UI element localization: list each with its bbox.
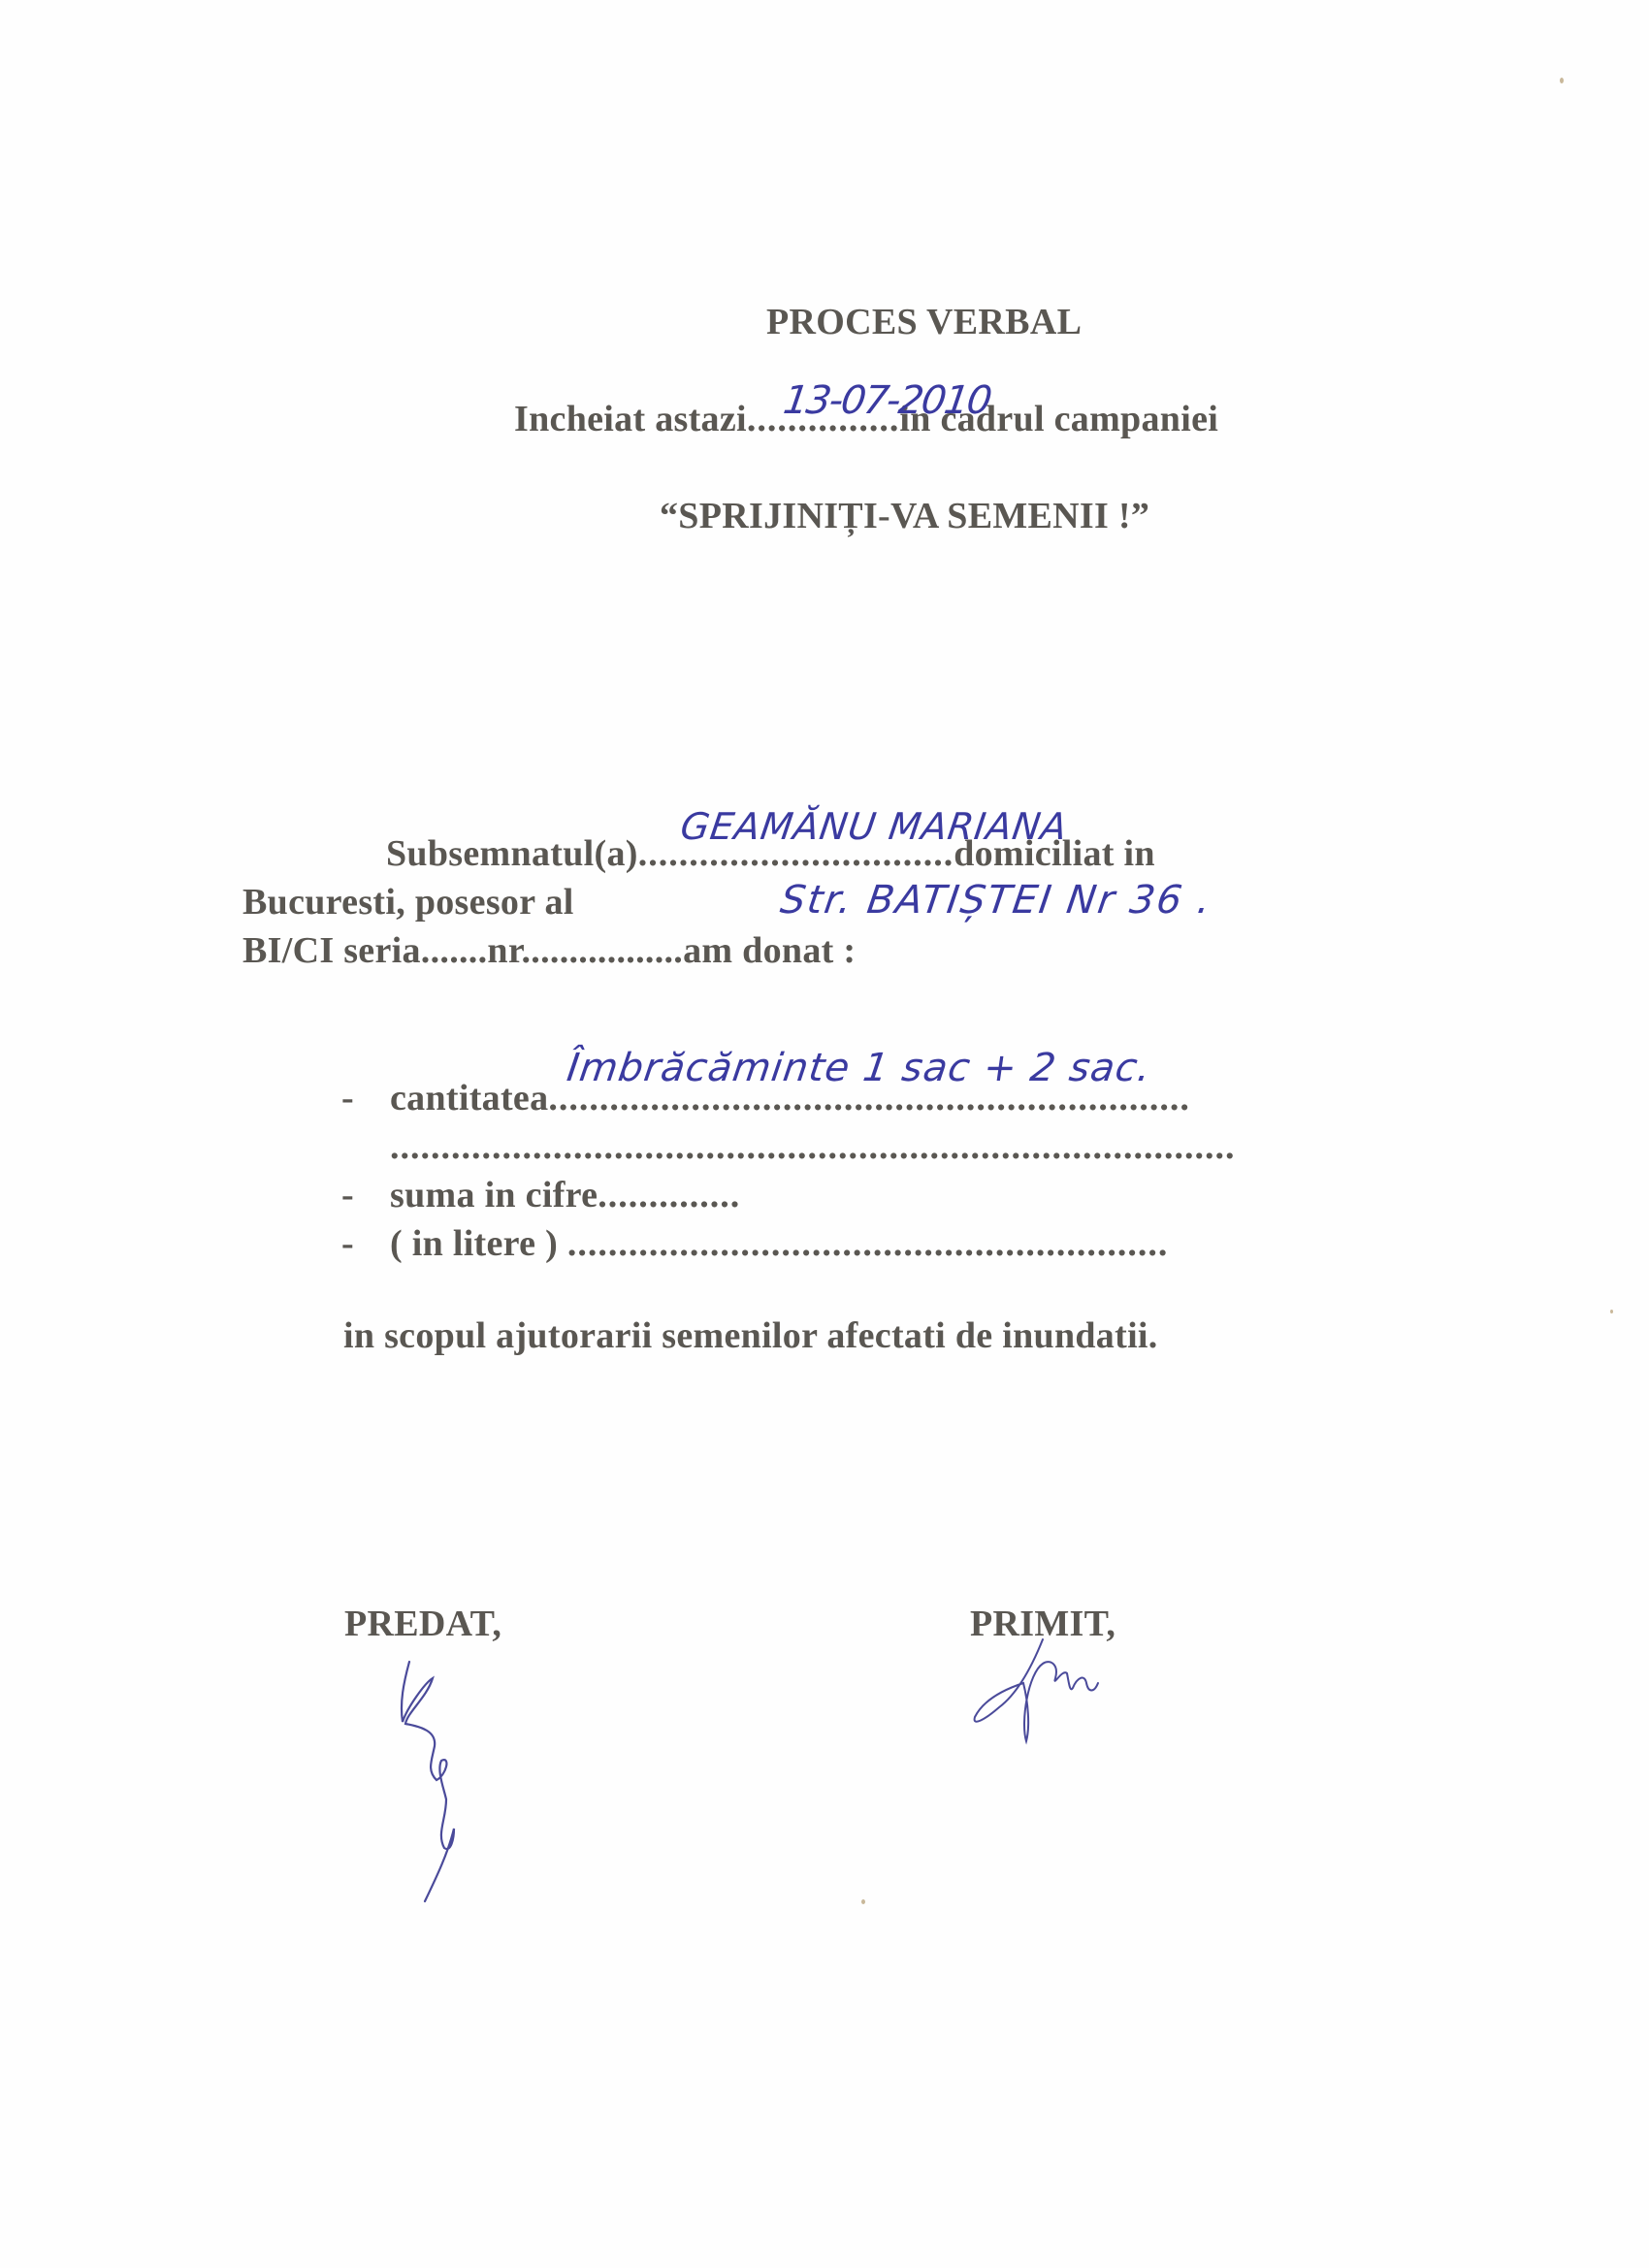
- handwritten-address: Str. BATIȘTEI Nr 36 .: [778, 878, 1215, 923]
- item-dots: ........................................…: [390, 1126, 1236, 1167]
- item-row-continuation: ........................................…: [390, 1125, 1236, 1168]
- item-row-amount-words: -( in litere ) .........................…: [341, 1222, 1168, 1265]
- date-line-prefix: Incheiat astazi: [514, 399, 747, 439]
- document-title: PROCES VERBAL: [766, 301, 1082, 343]
- address-label: Bucuresti, posesor al: [242, 881, 574, 923]
- item-label-amount-digits: suma in cifre: [390, 1175, 598, 1215]
- item-bullet: -: [341, 1077, 390, 1119]
- paper-speck: [861, 1899, 865, 1904]
- signature-label-predat: PREDAT,: [344, 1603, 501, 1645]
- handwritten-date: 13-07-2010: [781, 378, 993, 423]
- item-label-amount-words: ( in litere ): [390, 1223, 567, 1264]
- item-dots: ........................................…: [567, 1223, 1169, 1264]
- signature-predat: [398, 1654, 514, 1906]
- id-line: BI/CI seria.......nr.................am …: [242, 929, 856, 972]
- subsemnatul-label: Subsemnatul(a): [386, 833, 638, 874]
- document-page: PROCES VERBAL Incheiat astazi...........…: [0, 0, 1649, 2268]
- item-row-amount-digits: -suma in cifre..............: [341, 1174, 740, 1216]
- paper-speck: [1560, 78, 1564, 83]
- item-bullet: -: [341, 1174, 390, 1216]
- item-label-quantity: cantitatea: [390, 1078, 548, 1118]
- handwritten-name: GEAMĂNU MARIANA: [678, 805, 1071, 848]
- signature-primit: [970, 1635, 1145, 1751]
- purpose-statement: in scopul ajutorarii semenilor afectati …: [343, 1314, 1158, 1357]
- handwritten-quantity: Îmbrăcăminte 1 sac + 2 sac.: [565, 1046, 1154, 1090]
- item-bullet: -: [341, 1222, 390, 1265]
- paper-speck: [1610, 1310, 1613, 1313]
- campaign-name: “SPRIJINIȚI-VA SEMENII !”: [660, 495, 1149, 537]
- item-dots: ..............: [598, 1175, 740, 1215]
